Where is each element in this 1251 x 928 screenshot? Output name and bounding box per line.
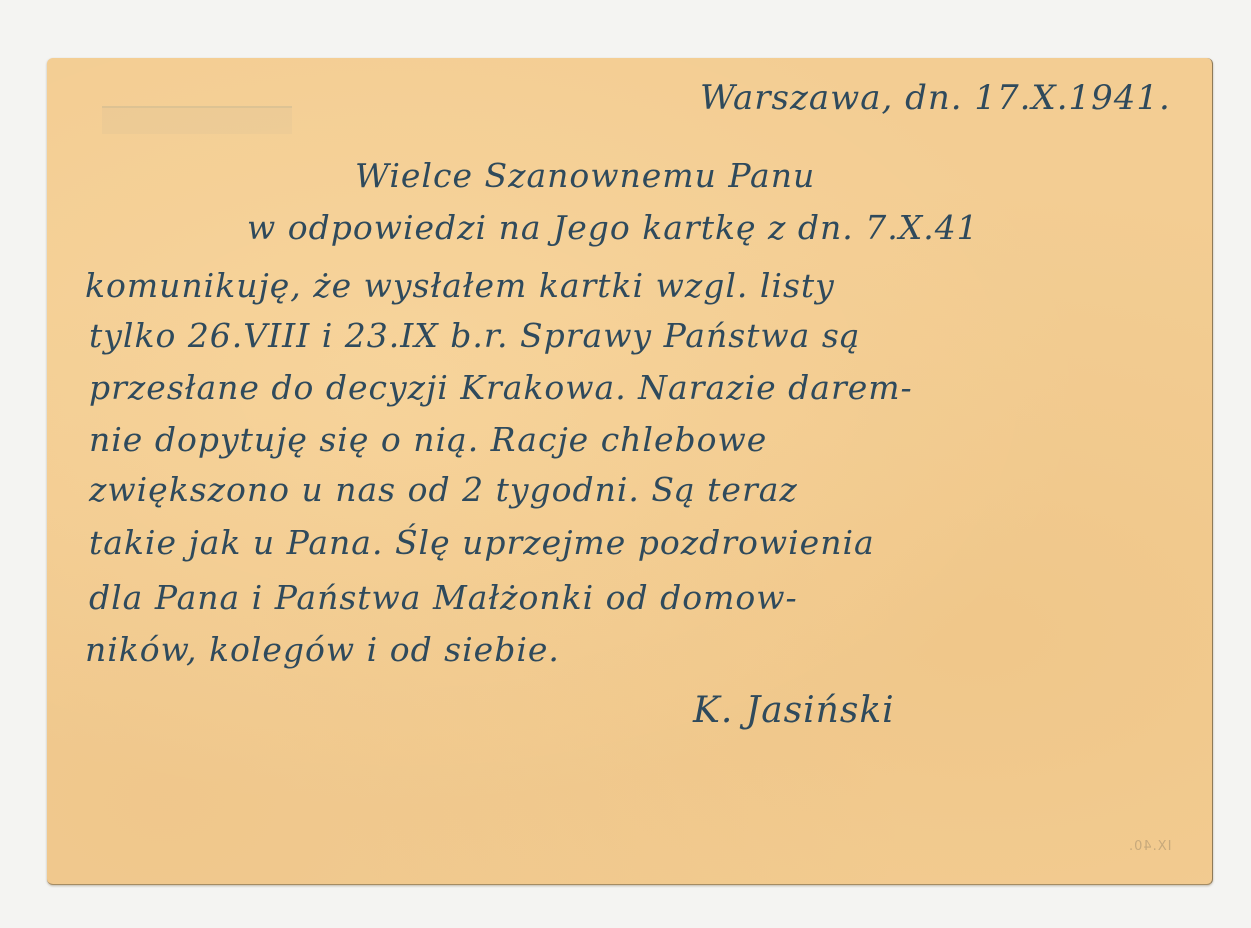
body-line-5: nie dopytuję się o nią. Racje chlebowe bbox=[89, 420, 767, 459]
body-line-4: przesłane do decyzji Krakowa. Narazie da… bbox=[89, 368, 913, 407]
body-line-2: komunikuję, że wysłałem kartki wzgl. lis… bbox=[85, 266, 835, 305]
body-line-1: w odpowiedzi na Jego kartkę z dn. 7.X.41 bbox=[247, 208, 979, 247]
body-line-3: tylko 26.VIII i 23.IX b.r. Sprawy Państw… bbox=[89, 316, 860, 355]
body-line-7: takie jak u Pana. Ślę uprzejme pozdrowie… bbox=[89, 523, 875, 562]
faded-stamp-area bbox=[102, 106, 292, 134]
signature: K. Jasiński bbox=[693, 690, 895, 731]
scan-background: Warszawa, dn. 17.X.1941. Wielce Szanowne… bbox=[0, 0, 1251, 928]
salutation: Wielce Szanownemu Panu bbox=[355, 156, 815, 195]
date-line: Warszawa, dn. 17.X.1941. bbox=[700, 78, 1171, 118]
body-line-6: zwiększono u nas od 2 tygodni. Są teraz bbox=[89, 470, 798, 509]
body-line-8: dla Pana i Państwa Małżonki od domow- bbox=[89, 578, 798, 617]
body-line-9: ników, kolegów i od siebie. bbox=[85, 630, 560, 669]
postcard: Warszawa, dn. 17.X.1941. Wielce Szanowne… bbox=[47, 58, 1213, 885]
faint-reverse-print: IX.40. bbox=[1128, 839, 1172, 854]
